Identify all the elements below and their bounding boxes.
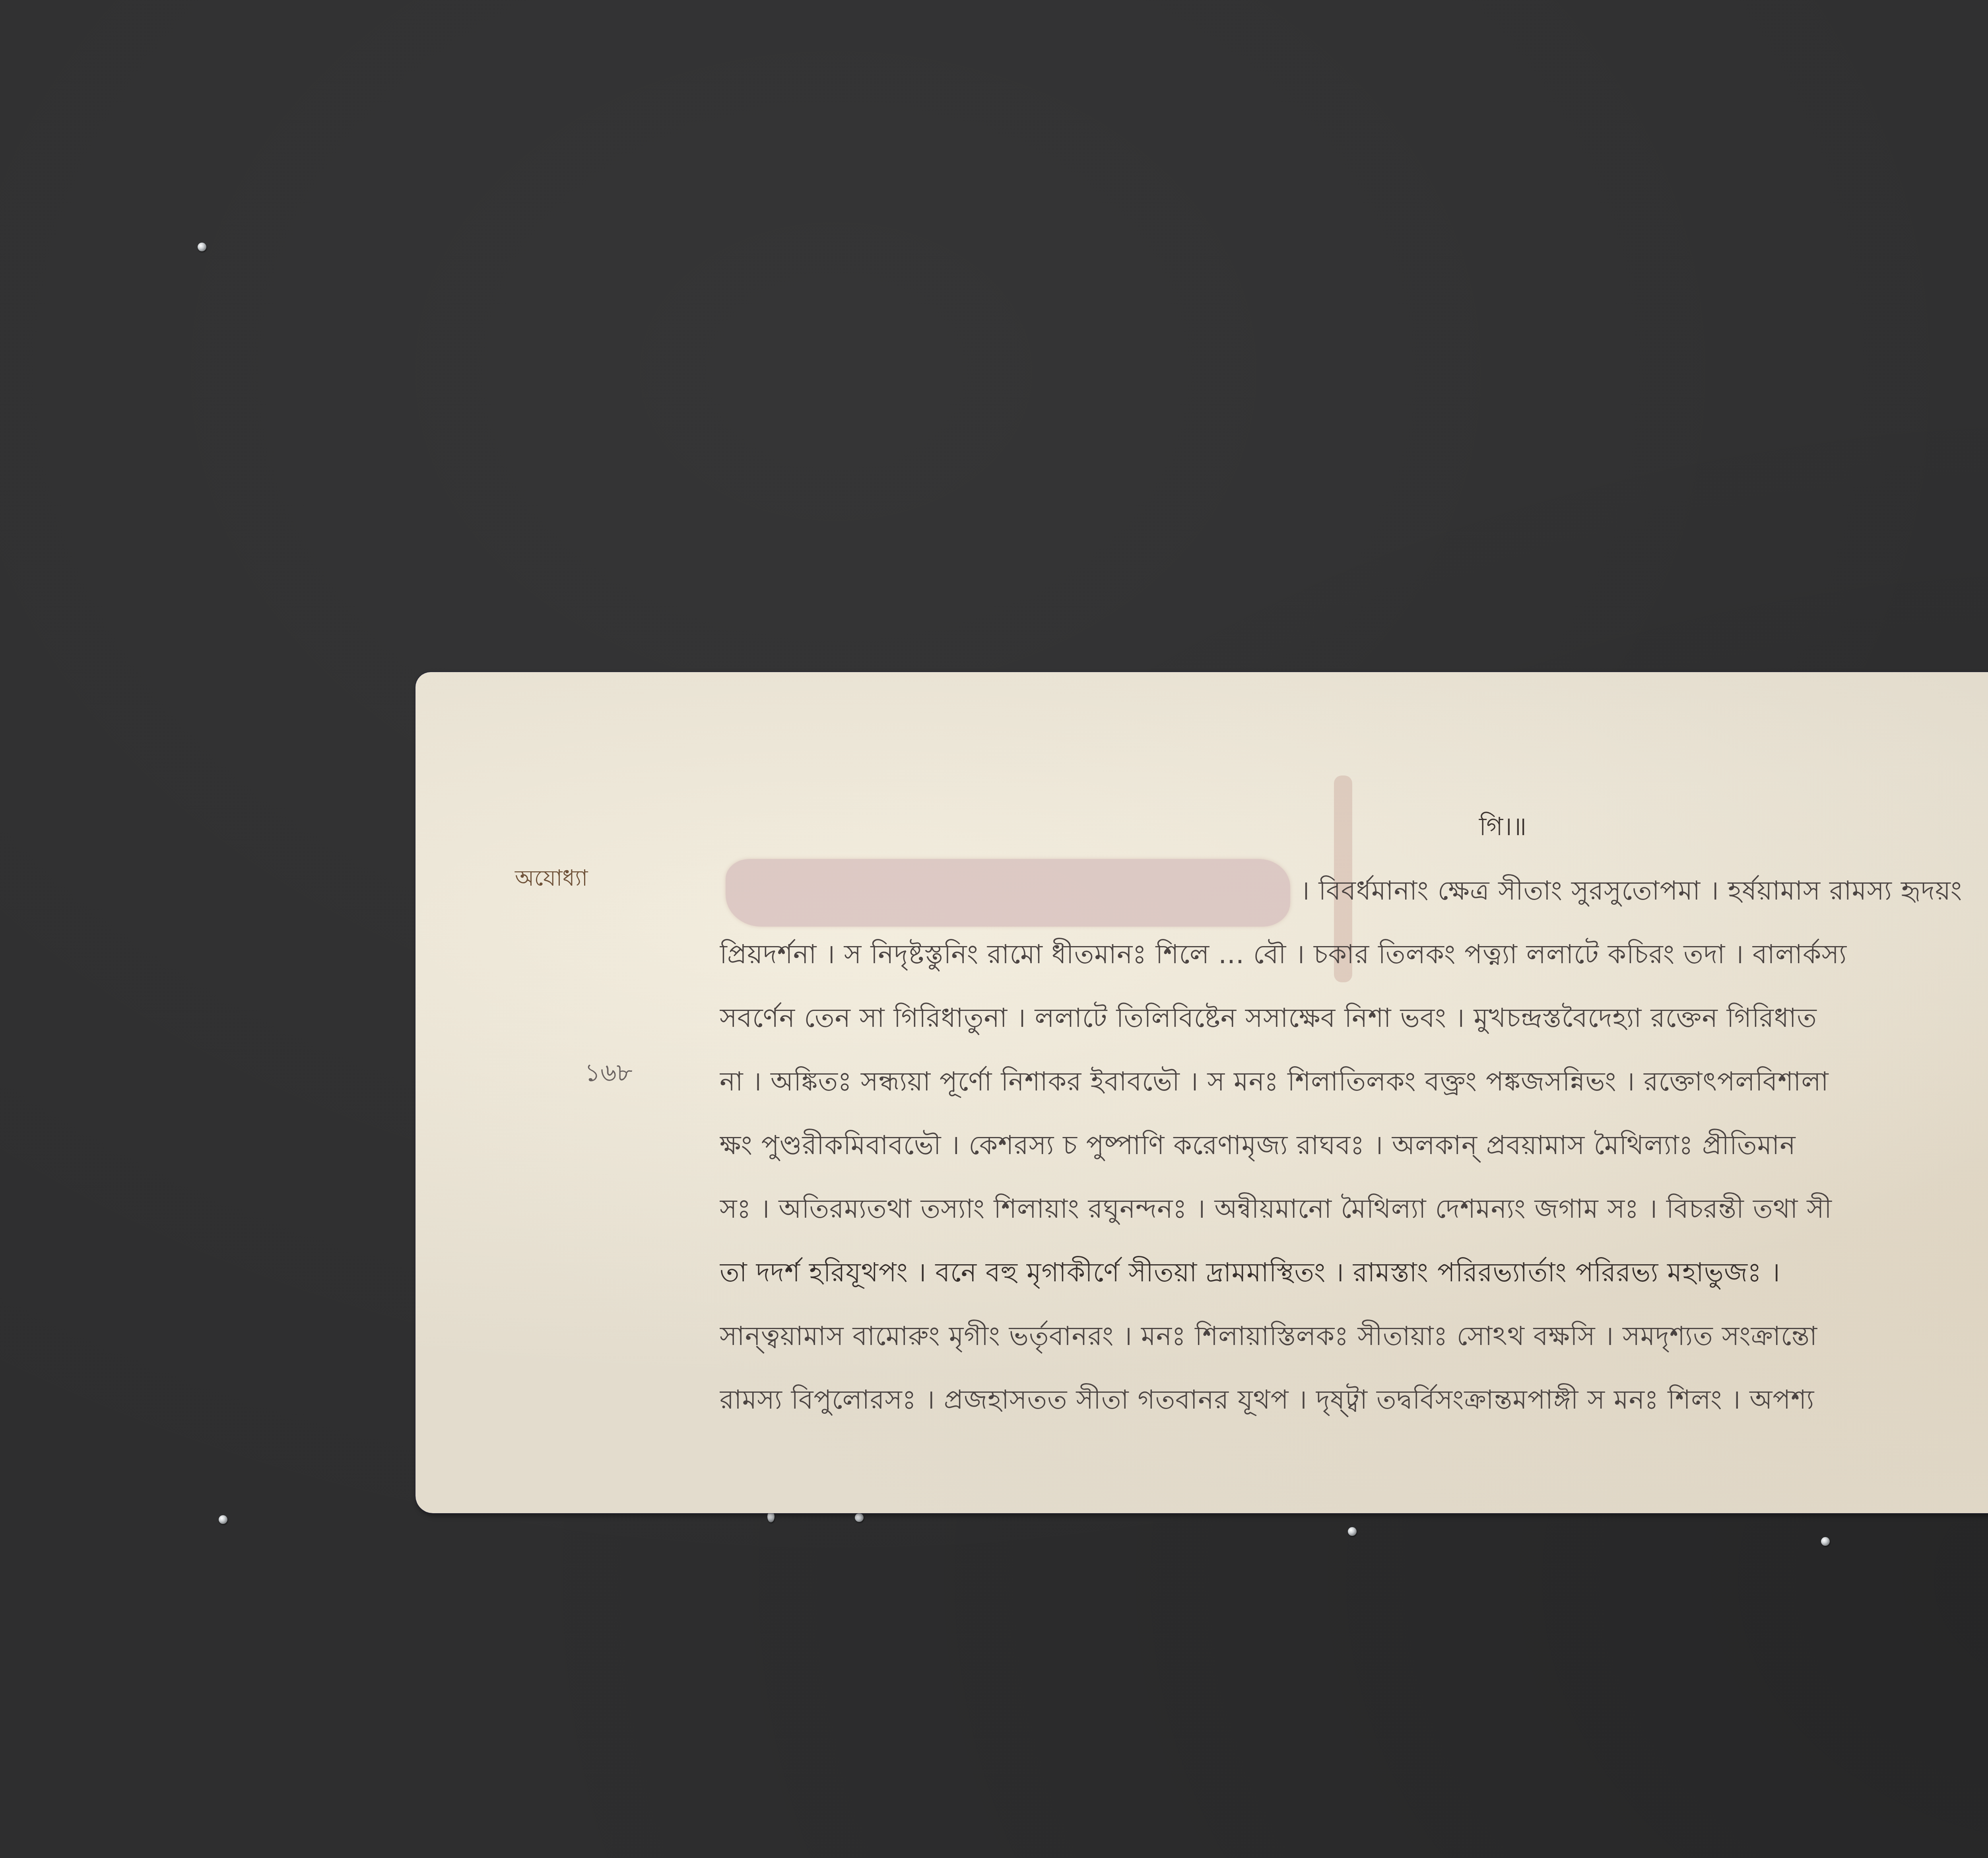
text-line-5: ক্ষং পুণ্ডরীকমিবাবভৌ । কেশরস্য চ পুষ্পাণ… [720,1114,1988,1177]
text-line-9: রামস্য বিপুলোরসঃ । প্রজহাসতত সীতা গতবানর… [720,1368,1988,1432]
left-folio-number: ১৬৮ [584,1054,633,1095]
mounting-pin [1821,1537,1830,1546]
folio-header-mark: গি।॥ [1479,807,1526,850]
text-line-4: না । অঙ্কিতঃ সন্ধ্যয়া পূর্ণো নিশাকর ইবা… [720,1050,1988,1114]
mounting-pin [1348,1527,1357,1536]
manuscript-folio: গি।॥ অযোধ্যা ১৬৮ ৩০০ । বিবর্ধমানাং ক্ষেত… [415,672,1988,1513]
text-line-7: তা দদর্শ হরিযূথপং । বনে বহু মৃগাকীর্ণে স… [720,1241,1988,1304]
text-line-6: সঃ । অতিরম্যতথা তস্যাং শিলায়াং রঘুনন্দন… [720,1177,1988,1241]
text-line-2: প্রিয়দর্শনা । স নিদৃষ্টস্তুনিং রামো ধীত… [720,923,1988,986]
margin-title-ayodhya: অযোধ্যা [515,861,588,898]
text-line-3: সবর্ণেন তেন সা গিরিধাতুনা । ললাটে তিলিবি… [720,986,1988,1050]
mounting-pin [855,1513,864,1522]
manuscript-text-block: । বিবর্ধমানাং ক্ষেত্র সীতাং সুরসুতোপমা ।… [720,859,1988,1432]
mounting-pin [219,1515,227,1524]
text-line-1: । বিবর্ধমানাং ক্ষেত্র সীতাং সুরসুতোপমা ।… [720,859,1988,923]
mounting-pin [198,243,206,251]
text-line-8: সান্ত্বয়ামাস বামোরুং মৃগীং ভর্তৃবানরং ।… [720,1304,1988,1368]
